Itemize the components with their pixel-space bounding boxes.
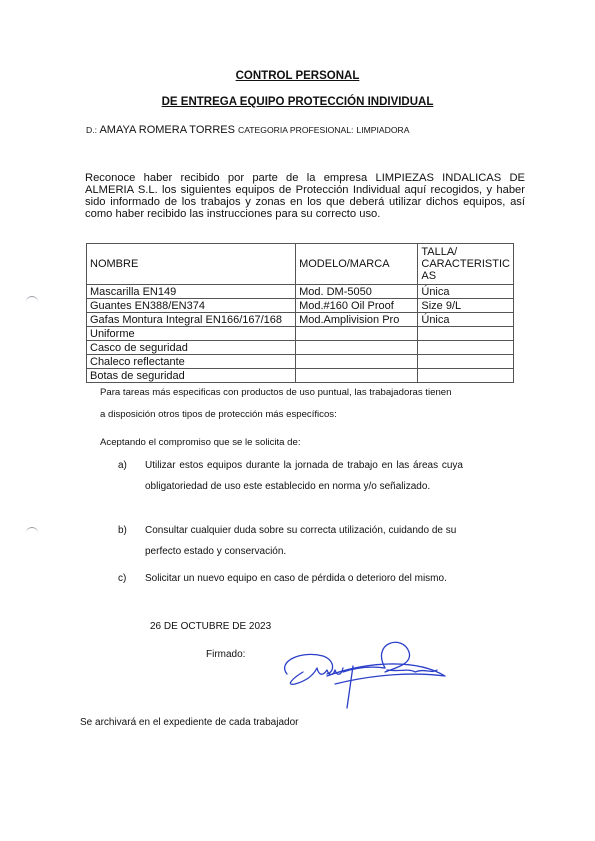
signature-image <box>275 632 455 712</box>
cell-modelo: Mod.#160 Oil Proof <box>296 299 418 313</box>
cell-modelo <box>296 341 418 355</box>
cell-talla: Única <box>418 313 514 327</box>
table-row: Mascarilla EN149 Mod. DM-5050 Única <box>87 285 514 299</box>
category-label: CATEGORIA PROFESIONAL: <box>238 125 353 135</box>
cell-modelo <box>296 369 418 383</box>
ppe-table: NOMBRE MODELO/MARCA TALLA/CARACTERISTICA… <box>86 243 514 383</box>
commitment-text: Utilizar estos equipos durante la jornad… <box>145 455 463 497</box>
accept-text: Aceptando el compromiso que se le solici… <box>100 437 301 448</box>
cell-talla <box>418 369 514 383</box>
commitment-letter: c) <box>118 573 126 584</box>
commitment-letter: b) <box>118 525 127 536</box>
table-row: Casco de seguridad <box>87 341 514 355</box>
note-line-1: Para tareas más especificas con producto… <box>100 387 451 398</box>
table-row: Gafas Montura Integral EN166/167/168 Mod… <box>87 313 514 327</box>
document-title: CONTROL PERSONAL <box>0 70 595 82</box>
signed-label: Firmado: <box>206 649 245 660</box>
worker-name: AMAYA ROMERA TORRES <box>99 124 235 136</box>
header-modelo: MODELO/MARCA <box>296 244 418 285</box>
cell-talla: Size 9/L <box>418 299 514 313</box>
table-row: Uniforme <box>87 327 514 341</box>
header-nombre: NOMBRE <box>87 244 296 285</box>
cell-nombre: Guantes EN388/EN374 <box>87 299 296 313</box>
cell-modelo <box>296 355 418 369</box>
commitment-text: Solicitar un nuevo equipo en caso de pér… <box>145 568 475 589</box>
document-date: 26 DE OCTUBRE DE 2023 <box>150 621 271 632</box>
worker-line: D.: AMAYA ROMERA TORRES CATEGORIA PROFES… <box>86 124 409 136</box>
cell-talla: Única <box>418 285 514 299</box>
worker-prefix: D.: <box>86 125 97 135</box>
document-subtitle: DE ENTREGA EQUIPO PROTECCIÓN INDIVIDUAL <box>0 96 595 108</box>
cell-nombre: Mascarilla EN149 <box>87 285 296 299</box>
table-row: Botas de seguridad <box>87 369 514 383</box>
commitment-letter: a) <box>118 460 127 471</box>
table-header-row: NOMBRE MODELO/MARCA TALLA/CARACTERISTICA… <box>87 244 514 285</box>
cell-nombre: Casco de seguridad <box>87 341 296 355</box>
cell-modelo <box>296 327 418 341</box>
cell-talla <box>418 341 514 355</box>
cell-nombre: Botas de seguridad <box>87 369 296 383</box>
cell-modelo: Mod. DM-5050 <box>296 285 418 299</box>
cell-nombre: Chaleco reflectante <box>87 355 296 369</box>
header-talla: TALLA/CARACTERISTICAS <box>418 244 514 285</box>
punch-hole-mark <box>26 527 38 536</box>
table-row: Chaleco reflectante <box>87 355 514 369</box>
archive-note: Se archivará en el expediente de cada tr… <box>80 717 298 728</box>
table-row: Guantes EN388/EN374 Mod.#160 Oil Proof S… <box>87 299 514 313</box>
commitment-text: Consultar cualquier duda sobre su correc… <box>145 520 475 562</box>
cell-nombre: Uniforme <box>87 327 296 341</box>
cell-talla <box>418 355 514 369</box>
cell-talla <box>418 327 514 341</box>
note-line-2: a disposición otros tipos de protección … <box>100 409 337 420</box>
category-value: LIMPIADORA <box>356 125 409 135</box>
punch-hole-mark <box>26 296 38 305</box>
cell-nombre: Gafas Montura Integral EN166/167/168 <box>87 313 296 327</box>
cell-modelo: Mod.Amplivision Pro <box>296 313 418 327</box>
intro-paragraph: Reconoce haber recibido por parte de la … <box>85 172 525 220</box>
